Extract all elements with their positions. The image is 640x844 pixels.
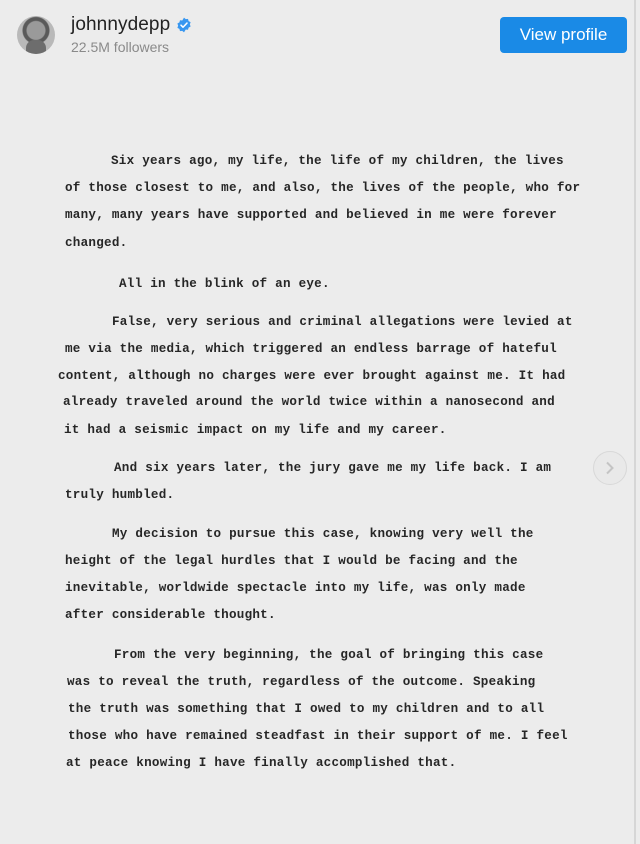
username[interactable]: johnnydepp bbox=[71, 14, 170, 36]
letter-line: inevitable, worldwide spectacle into my … bbox=[65, 581, 526, 595]
letter-line: False, very serious and criminal allegat… bbox=[112, 315, 573, 329]
letter-line: All in the blink of an eye. bbox=[119, 277, 330, 291]
letter-line: me via the media, which triggered an end… bbox=[65, 342, 557, 356]
letter-line: From the very beginning, the goal of bri… bbox=[114, 648, 543, 662]
chevron-right-icon bbox=[604, 461, 616, 475]
post-viewer: johnnydepp 22.5M followers View profile … bbox=[0, 0, 636, 844]
verified-badge-icon bbox=[176, 17, 192, 33]
letter-line: truly humbled. bbox=[65, 488, 174, 502]
typed-letter-image: Six years ago, my life, the life of my c… bbox=[0, 70, 634, 844]
view-profile-button[interactable]: View profile bbox=[500, 17, 627, 53]
letter-line: it had a seismic impact on my life and m… bbox=[64, 423, 447, 437]
letter-line: was to reveal the truth, regardless of t… bbox=[67, 675, 535, 689]
letter-line: many, many years have supported and beli… bbox=[65, 208, 557, 222]
letter-line: Six years ago, my life, the life of my c… bbox=[111, 154, 564, 168]
letter-line: content, although no charges were ever b… bbox=[58, 369, 566, 383]
letter-line: already traveled around the world twice … bbox=[63, 395, 555, 409]
letter-line: changed. bbox=[65, 236, 127, 250]
letter-line: at peace knowing I have finally accompli… bbox=[66, 756, 456, 770]
profile-header: johnnydepp 22.5M followers View profile bbox=[0, 0, 640, 70]
letter-line: My decision to pursue this case, knowing… bbox=[112, 527, 534, 541]
letter-line: of those closest to me, and also, the li… bbox=[65, 181, 580, 195]
letter-line: And six years later, the jury gave me my… bbox=[114, 461, 551, 475]
letter-line: those who have remained steadfast in the… bbox=[68, 729, 568, 743]
next-button[interactable] bbox=[593, 451, 627, 485]
avatar[interactable] bbox=[17, 16, 55, 54]
letter-line: height of the legal hurdles that I would… bbox=[65, 554, 518, 568]
letter-line: the truth was something that I owed to m… bbox=[68, 702, 544, 716]
letter-line: after considerable thought. bbox=[65, 608, 276, 622]
follower-count: 22.5M followers bbox=[71, 39, 169, 55]
